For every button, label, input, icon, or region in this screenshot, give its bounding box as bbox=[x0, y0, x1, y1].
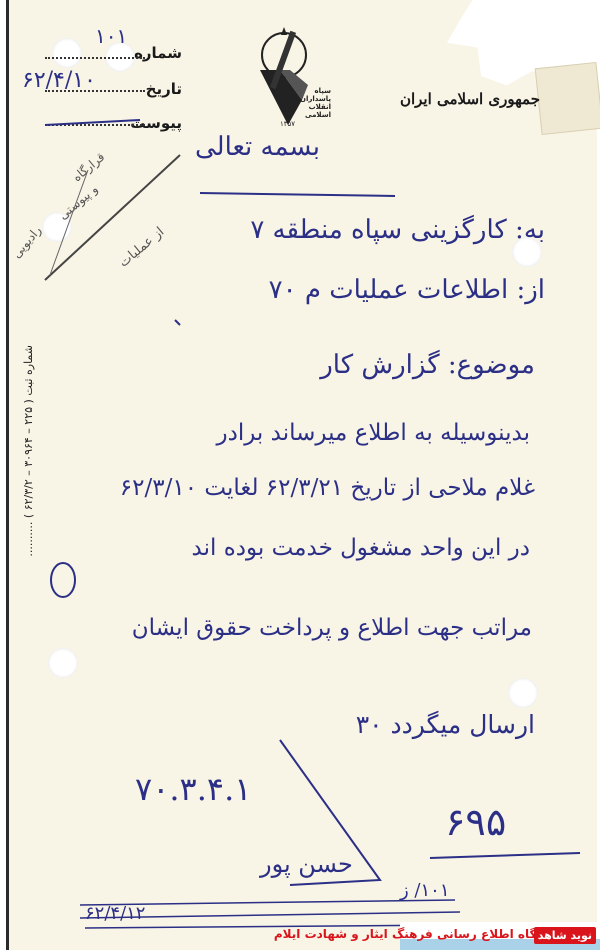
watermark-logo: نوید شاهد bbox=[534, 927, 596, 944]
pen-strokes bbox=[0, 0, 600, 950]
circled-stamp-number bbox=[51, 563, 75, 597]
watermark-text: پایگاه اطلاع رسانی فرهنگ ایثار و شهادت ا… bbox=[274, 927, 550, 941]
